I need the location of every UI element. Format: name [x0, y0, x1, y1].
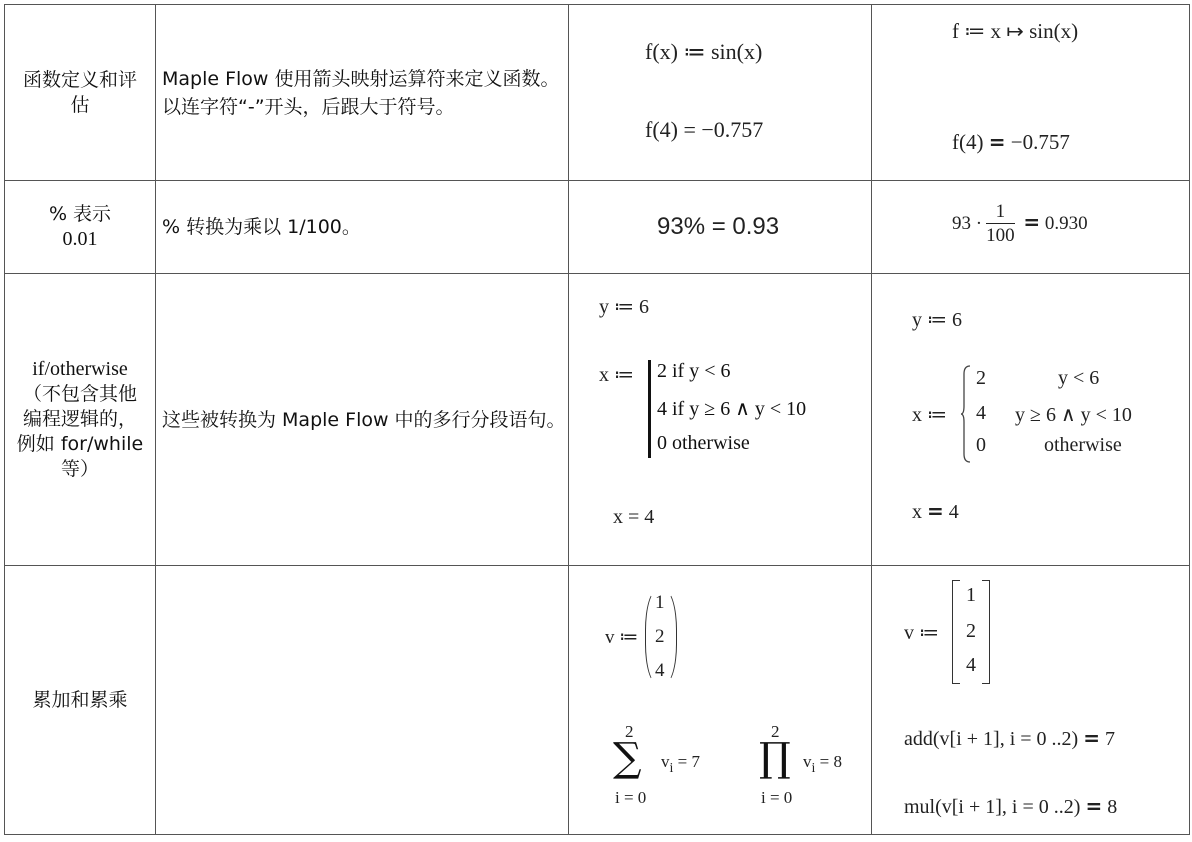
source-y-assignment: y ≔ 6 [599, 294, 649, 319]
sum-lower-limit: i = 0 [615, 788, 646, 808]
source-x-lhs: x ≔ [599, 362, 634, 387]
source-percent-expression: 93% = 0.93 [657, 213, 779, 241]
flow-add-expression: add(v[i + 1], i = 0 ..2) = 7 [904, 726, 1115, 751]
source-example-cell: v ≔ 1 2 4 2 ∑ i = 0 vi = 7 2 ∏ i = 0 vi … [569, 566, 872, 835]
source-function-evaluation: f(4) = −0.757 [645, 117, 763, 143]
piecewise-case: 4 if y ≥ 6 ∧ y < 10 [657, 396, 806, 421]
vector-entry: 1 [966, 584, 976, 607]
flow-example-cell: y ≔ 6 x ≔ 2 4 0 y < 6 y ≥ 6 ∧ y < 10 oth… [872, 274, 1190, 566]
case-condition: otherwise [1044, 434, 1122, 457]
piecewise-case: 2 if y < 6 [657, 360, 731, 383]
description-cell [156, 566, 569, 835]
source-example-cell: y ≔ 6 x ≔ 2 if y < 6 4 if y ≥ 6 ∧ y < 10… [569, 274, 872, 566]
flow-function-definition: f ≔ x ↦ sin(x) [952, 19, 1078, 44]
comparison-table: 函数定义和评估 Maple Flow 使用箭头映射运算符来定义函数。以连字符“-… [4, 4, 1190, 835]
flow-example-cell: 93 ·1100 = 0.930 [872, 181, 1190, 274]
table-row-percent: % 表示 0.01 % 转换为乘以 1/100。 93% = 0.93 93 ·… [5, 181, 1190, 274]
source-x-result: x = 4 [613, 506, 654, 529]
vector-entry: 1 [655, 592, 665, 614]
vector-entry: 4 [655, 660, 665, 682]
feature-label-line: 例如 for/while [5, 432, 155, 457]
feature-label: if/otherwise [5, 357, 155, 382]
source-function-definition: f(x) ≔ sin(x) [645, 39, 762, 65]
feature-cell: 累加和累乘 [5, 566, 156, 835]
feature-cell: 函数定义和评估 [5, 5, 156, 181]
left-brace-icon [960, 364, 972, 464]
flow-function-evaluation: f(4) = −0.757 [952, 130, 1070, 155]
piecewise-case: 0 otherwise [657, 432, 750, 455]
piecewise-bar [648, 360, 651, 458]
table-row-sum-product: 累加和累乘 v ≔ 1 2 4 2 ∑ i = 0 vi = 7 2 ∏ i =… [5, 566, 1190, 835]
table-row-function-definition: 函数定义和评估 Maple Flow 使用箭头映射运算符来定义函数。以连字符“-… [5, 5, 1190, 181]
sum-expression: vi = 7 [661, 752, 700, 777]
feature-label-value: 0.01 [5, 227, 155, 252]
description-text: % 转换为乘以 1/100。 [162, 216, 361, 238]
vector-entry: 2 [966, 620, 976, 643]
case-value: 2 [976, 367, 986, 390]
flow-percent-expression: 93 ·1100 = 0.930 [952, 201, 1088, 248]
feature-cell: if/otherwise （不包含其他 编程逻辑的， 例如 for/while … [5, 274, 156, 566]
product-expression: vi = 8 [803, 752, 842, 777]
feature-label-line: 编程逻辑的， [5, 407, 155, 432]
product-lower-limit: i = 0 [761, 788, 792, 808]
case-condition: y < 6 [1058, 367, 1099, 390]
case-value: 4 [976, 402, 986, 425]
vector-entry: 4 [966, 654, 976, 677]
description-cell: 这些被转换为 Maple Flow 中的多行分段语句。 [156, 274, 569, 566]
vector-entry: 2 [655, 626, 665, 648]
flow-example-cell: f ≔ x ↦ sin(x) f(4) = −0.757 [872, 5, 1190, 181]
flow-v-lhs: v ≔ [904, 620, 939, 645]
description-cell: % 转换为乘以 1/100。 [156, 181, 569, 274]
flow-example-cell: v ≔ 1 2 4 add(v[i + 1], i = 0 ..2) = 7 m… [872, 566, 1190, 835]
sigma-icon: ∑ [613, 736, 642, 780]
feature-label: 累加和累乘 [32, 689, 127, 711]
case-value: 0 [976, 434, 986, 457]
description-text: 这些被转换为 Maple Flow 中的多行分段语句。 [162, 409, 566, 431]
fraction: 1100 [986, 201, 1015, 248]
evaluation-equals: = [989, 130, 1006, 154]
source-example-cell: 93% = 0.93 [569, 181, 872, 274]
flow-y-assignment: y ≔ 6 [912, 307, 962, 332]
flow-mul-expression: mul(v[i + 1], i = 0 ..2) = 8 [904, 794, 1117, 819]
feature-cell: % 表示 0.01 [5, 181, 156, 274]
feature-label-line: 等） [5, 457, 155, 482]
flow-x-lhs: x ≔ [912, 402, 947, 427]
flow-x-result: x = 4 [912, 499, 959, 524]
feature-label: 函数定义和评估 [15, 68, 145, 118]
feature-label: % 表示 [5, 202, 155, 227]
pi-product-icon: ∏ [759, 736, 791, 780]
feature-label-line: （不包含其他 [5, 382, 155, 407]
source-v-lhs: v ≔ [605, 626, 638, 649]
source-example-cell: f(x) ≔ sin(x) f(4) = −0.757 [569, 5, 872, 181]
description-text: Maple Flow 使用箭头映射运算符来定义函数。以连字符“-”开头，后跟大于… [162, 68, 560, 118]
table-row-if-otherwise: if/otherwise （不包含其他 编程逻辑的， 例如 for/while … [5, 274, 1190, 566]
case-condition: y ≥ 6 ∧ y < 10 [1015, 402, 1132, 427]
description-cell: Maple Flow 使用箭头映射运算符来定义函数。以连字符“-”开头，后跟大于… [156, 5, 569, 181]
